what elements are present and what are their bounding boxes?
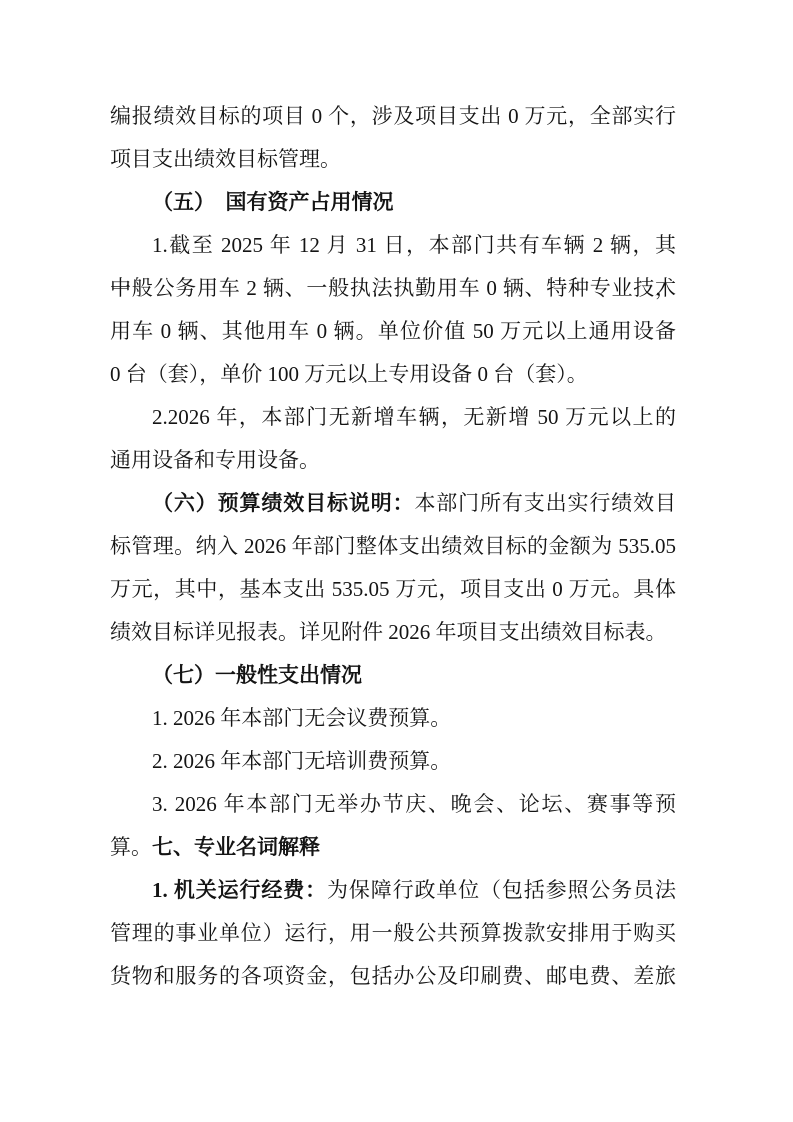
list-item-no-training-budget: 2. 2026 年本部门无培训费预算。 — [110, 740, 676, 783]
para-vehicles-line1: 1.截至 2025 年 12 月 31 日，本部门共有车辆 2 辆，其中， — [110, 224, 676, 267]
para-vehicles-line4: 0 台（套），单价 100 万元以上专用设备 0 台（套）。 — [110, 353, 676, 396]
para-section6-line1: （六）预算绩效目标说明：本部门所有支出实行绩效目 — [110, 482, 676, 525]
page-content: 编报绩效目标的项目 0 个，涉及项目支出 0 万元，全部实行 项目支出绩效目标管… — [110, 95, 676, 998]
para-term1-line2: 管理的事业单位）运行，用一般公共预算拨款安排用于购买 — [110, 912, 676, 955]
para-term1-line1: 1. 机关运行经费：为保障行政单位（包括参照公务员法 — [110, 869, 676, 912]
para-section6-line2: 标管理。纳入 2026 年部门整体支出绩效目标的金额为 535.05 — [110, 525, 676, 568]
list-item-no-events-budget: 3. 2026 年本部门无举办节庆、晚会、论坛、赛事等预算。 — [110, 783, 676, 826]
para-new-assets-line1: 2.2026 年，本部门无新增车辆，无新增 50 万元以上的 — [110, 396, 676, 439]
para-term1-line1-text: 为保障行政单位（包括参照公务员法 — [327, 878, 676, 902]
document-page: 编报绩效目标的项目 0 个，涉及项目支出 0 万元，全部实行 项目支出绩效目标管… — [0, 0, 793, 1122]
para-section6-line3: 万元，其中，基本支出 535.05 万元，项目支出 0 万元。具体 — [110, 568, 676, 611]
heading-section6-inline: （六）预算绩效目标说明： — [152, 491, 414, 515]
para-section6-line1-text: 本部门所有支出实行绩效目 — [414, 491, 676, 515]
para-vehicles-line2: 一般公务用车 2 辆、一般执法执勤用车 0 辆、特种专业技术 — [110, 267, 676, 310]
para-performance-continuation-line1: 编报绩效目标的项目 0 个，涉及项目支出 0 万元，全部实行 — [110, 95, 676, 138]
para-new-assets-line2: 通用设备和专用设备。 — [110, 439, 676, 482]
para-term1-line3: 货物和服务的各项资金，包括办公及印刷费、邮电费、差旅 — [110, 955, 676, 998]
para-performance-continuation-line2: 项目支出绩效目标管理。 — [110, 138, 676, 181]
para-vehicles-line3: 用车 0 辆、其他用车 0 辆。单位价值 50 万元以上通用设备 — [110, 310, 676, 353]
list-item-no-meeting-budget: 1. 2026 年本部门无会议费预算。 — [110, 697, 676, 740]
term1-label: 1. 机关运行经费： — [152, 878, 327, 902]
para-section6-line4: 绩效目标详见报表。详见附件 2026 年项目支出绩效目标表。 — [110, 611, 676, 654]
heading-section5: （五） 国有资产占用情况 — [110, 181, 676, 224]
heading-glossary: 七、专业名词解释 — [110, 826, 676, 869]
heading-section7: （七）一般性支出情况 — [110, 654, 676, 697]
